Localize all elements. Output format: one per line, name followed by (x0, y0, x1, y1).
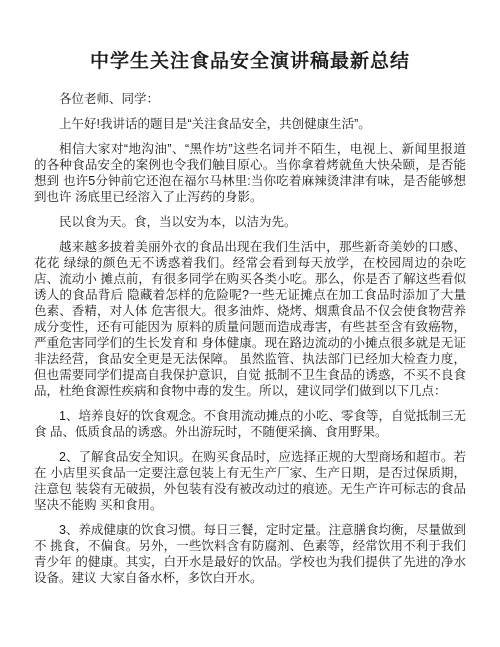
paragraph-intro-examples: 相信大家对“地沟油”、“黑作坊”这些名词并不陌生，电视上、新闻里报道 的各种食品… (34, 141, 466, 205)
document-page: 中学生关注食品安全演讲稿最新总结 各位老师、同学： 上午好!我讲话的题目是“关注… (0, 0, 500, 647)
paragraph-salutation: 各位老师、同学： (34, 91, 466, 107)
paragraph-point-2: 2、了解食品安全知识。在购买食品时，应选择正规的大型商场和超市。若在 小店里买食… (34, 449, 466, 513)
paragraph-body-risks: 越来越多披着美丽外衣的食品出现在我们生活中，那些新奇美妙的口感、花花 绿绿的颜色… (34, 239, 466, 399)
paragraph-point-1: 1、培养良好的饮食观念。不食用流动摊点的小吃、零食等，自觉抵制三无食 品、低质食… (34, 408, 466, 440)
paragraph-opening: 上午好!我讲话的题目是“关注食品安全，共创健康生活”。 (34, 116, 466, 132)
paragraph-point-3: 3、养成健康的饮食习惯。每日三餐，定时定量。注意膳食均衡，尽量做到不 挑食，不偏… (34, 522, 466, 586)
paragraph-motto: 民以食为天。食，当以安为本，以洁为先。 (34, 214, 466, 230)
document-title: 中学生关注食品安全演讲稿最新总结 (34, 46, 466, 73)
